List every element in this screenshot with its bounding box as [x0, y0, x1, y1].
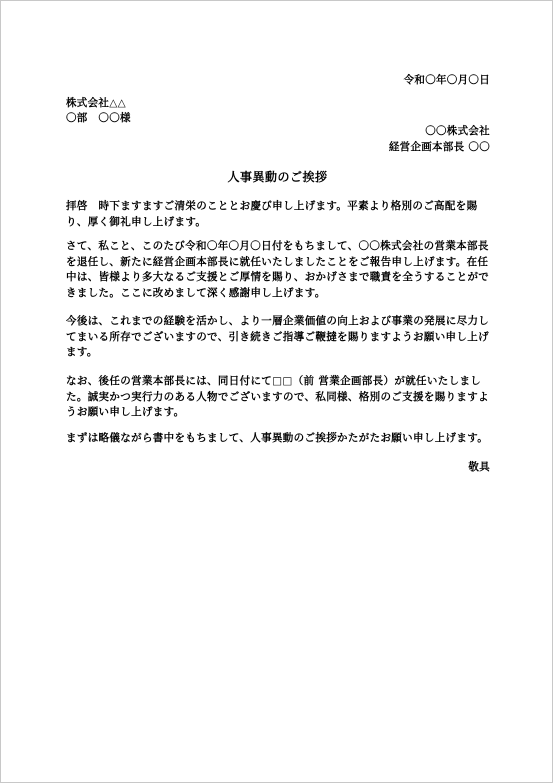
paragraph-announcement: さて、私こと、このたび令和〇年〇月〇日付をもちまして、〇〇株式会社の営業本部長を…	[66, 239, 496, 301]
recipient-company: 株式会社△△	[66, 96, 126, 111]
paragraph-future: 今後は、これまでの経験を活かし、より一層企業価値の向上および事業の発展に尽力して…	[66, 314, 496, 361]
paragraph-successor: なお、後任の営業本部長には、同日付にて□□（前 営業企画部長）が就任いたしました…	[66, 374, 496, 421]
recipient-person: 〇部 〇〇様	[66, 111, 131, 126]
paragraph-greeting: 拝啓 時下ますますご清栄のこととお慶び申し上げます。平素より格別のご高配を賜り、…	[66, 199, 496, 230]
sender-company: 〇〇株式会社	[425, 124, 490, 139]
sender-person: 経営企画本部長 〇〇	[389, 140, 490, 155]
closing-word: 敬具	[468, 460, 490, 475]
letter-date: 令和〇年〇月〇日	[404, 73, 490, 88]
letter-title: 人事異動のご挨拶	[1, 168, 553, 185]
paragraph-closing: まずは略儀ながら書中をもちまして、人事異動のご挨拶かたがたお願い申し上げます。	[66, 431, 496, 447]
document-page: 令和〇年〇月〇日 株式会社△△ 〇部 〇〇様 〇〇株式会社 経営企画本部長 〇〇…	[0, 0, 553, 783]
